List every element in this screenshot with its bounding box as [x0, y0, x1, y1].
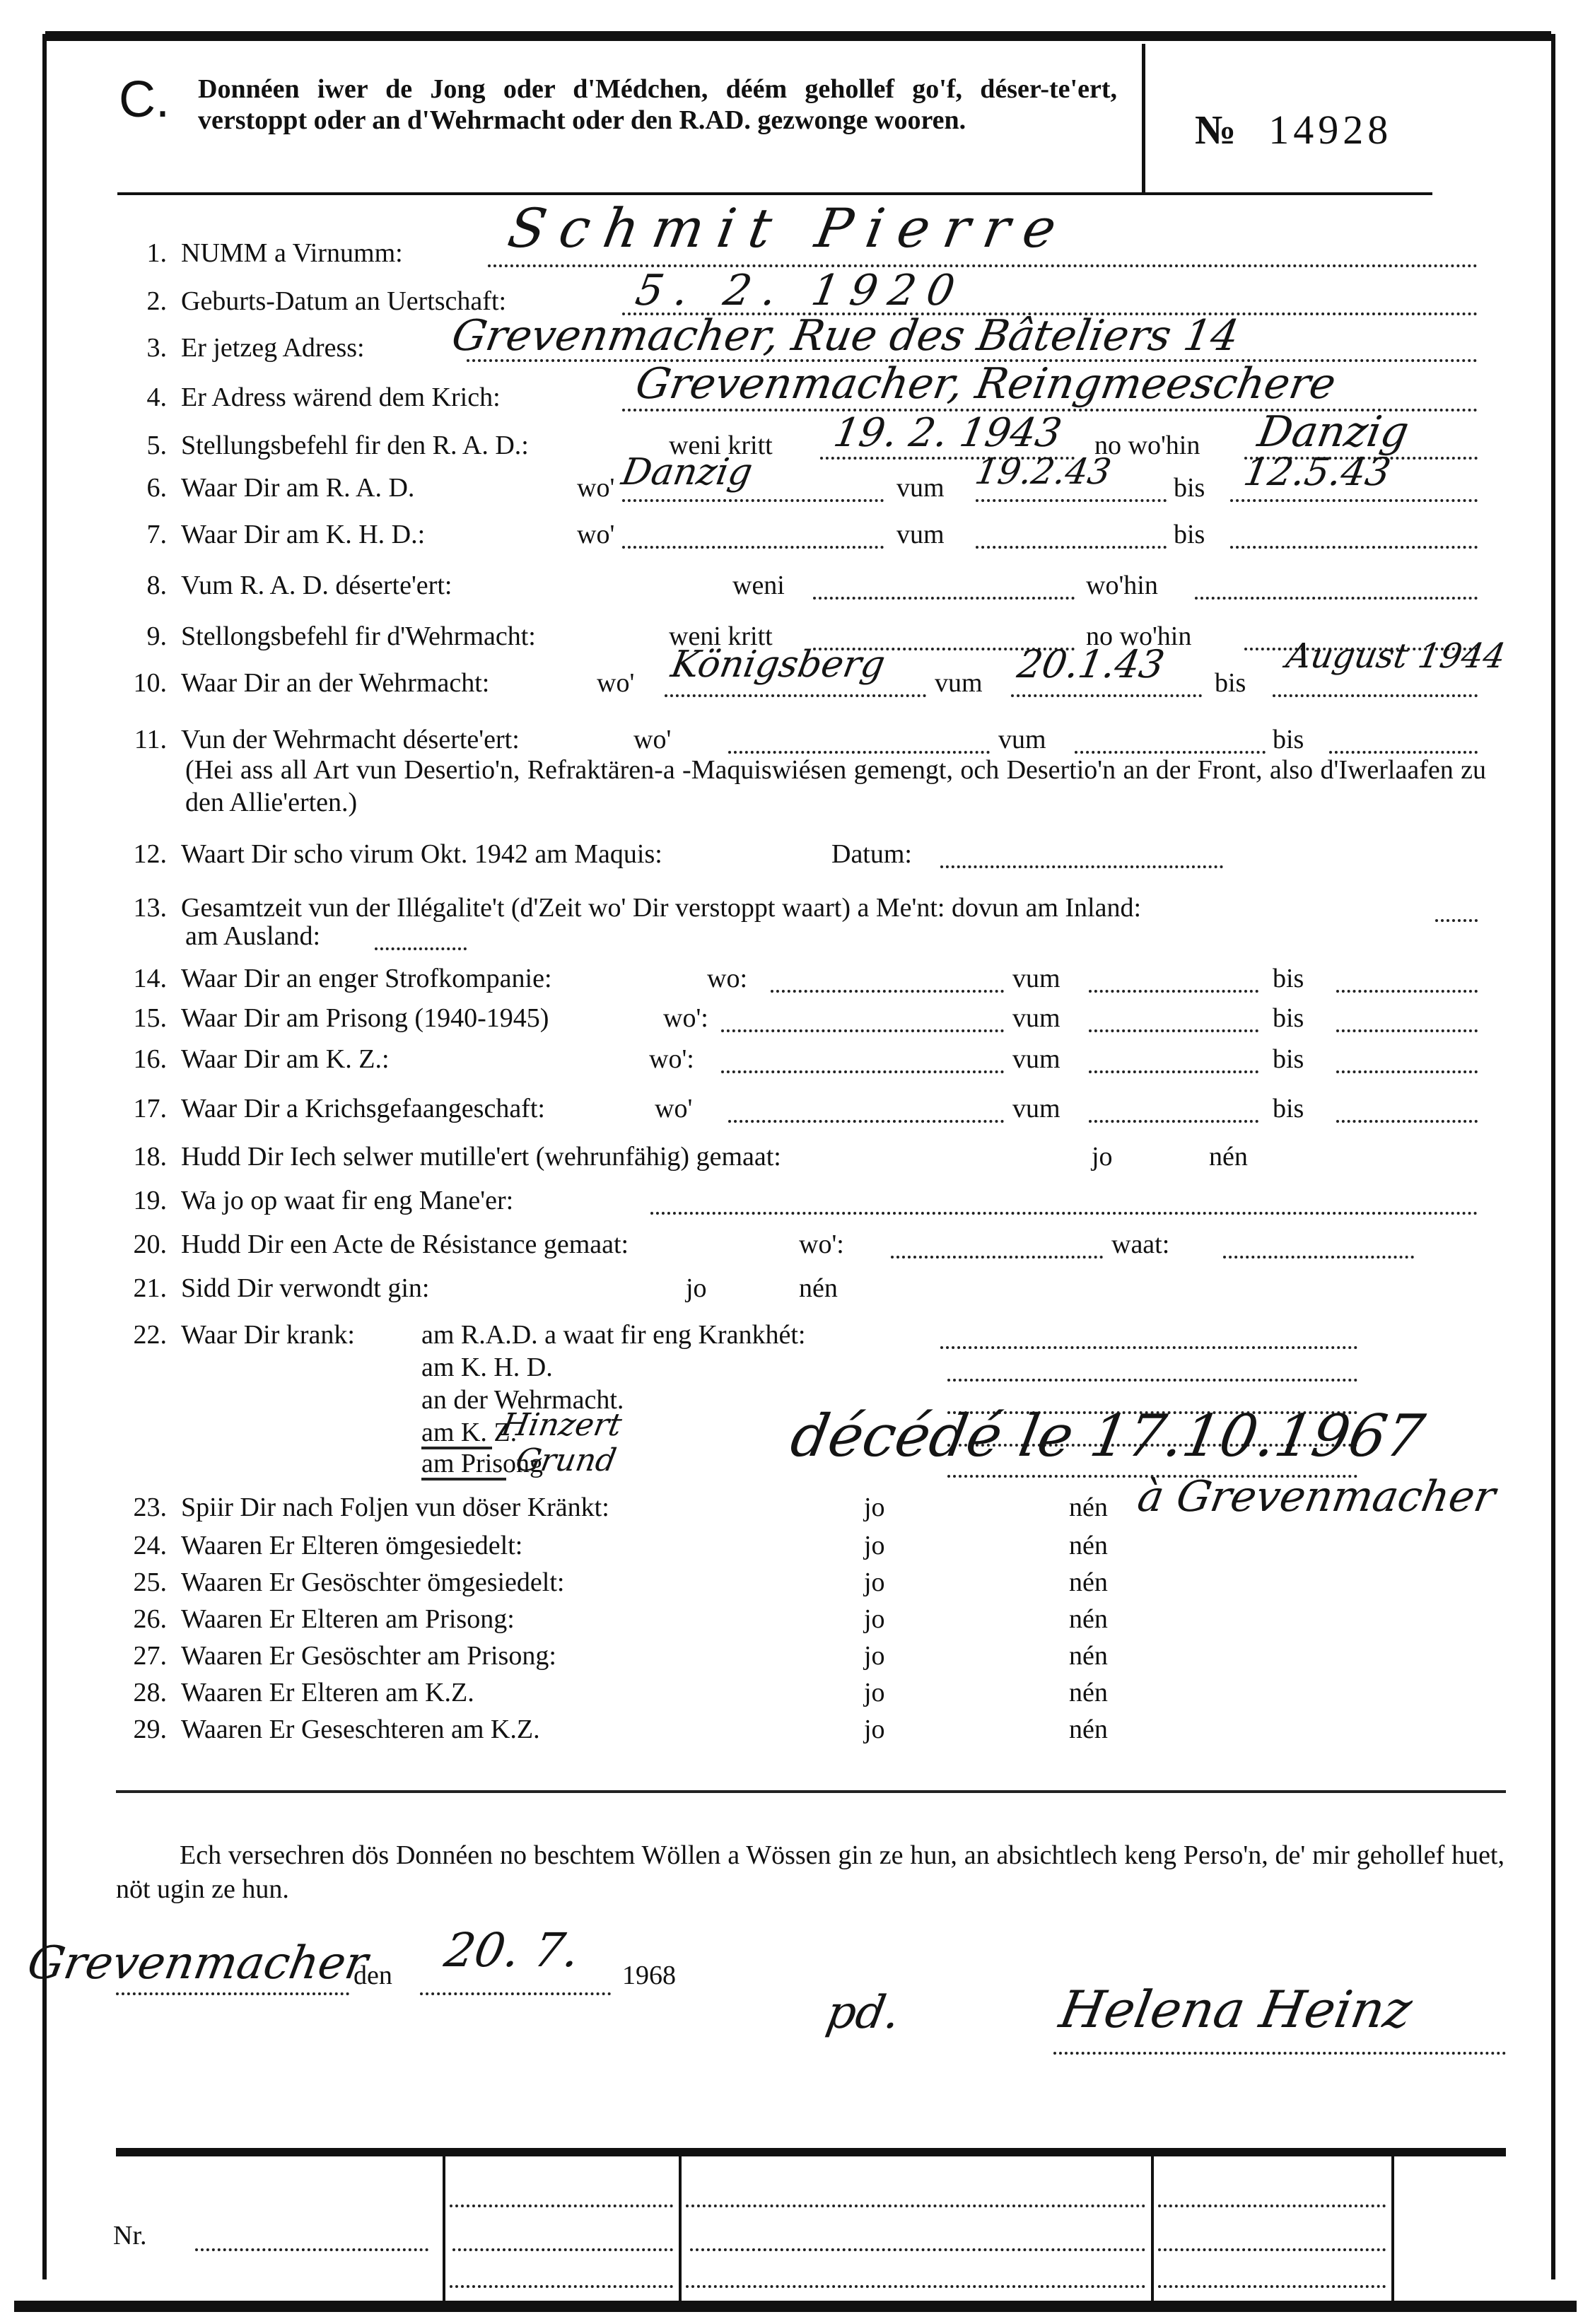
signature-field[interactable]: Helena Heinz — [1056, 1980, 1417, 2039]
no-option[interactable]: nén — [1069, 1714, 1108, 1745]
table-cell-line[interactable] — [690, 2248, 1145, 2251]
yes-option[interactable]: jo — [864, 1492, 885, 1523]
until-label: bis — [1273, 1093, 1304, 1124]
wehrmacht-from-field[interactable]: 20.1.43 — [1014, 642, 1167, 687]
illness-rad-label: am R.A.D. a waat fir eng Krankhét: — [421, 1319, 805, 1350]
abroad-field[interactable] — [375, 947, 467, 950]
signature-prefix: pd. — [822, 1987, 904, 2039]
kz-until-field[interactable] — [1336, 1070, 1478, 1073]
header-rule — [117, 192, 1432, 195]
place-note: à Grevenmacher — [1134, 1472, 1499, 1522]
form-number: №14928 — [1195, 106, 1392, 153]
name-field[interactable]: Schmit Pierre — [503, 197, 1075, 259]
rad-from-field[interactable]: 19.2.43 — [972, 451, 1114, 492]
prison-location-field[interactable]: Grund — [513, 1442, 619, 1478]
item-8: 8.Vum R. A. D. déserte'ert: — [113, 570, 452, 601]
field-line — [665, 694, 926, 697]
illness-khd-label: am K. H. D. — [421, 1352, 553, 1383]
section-rule — [116, 1790, 1506, 1793]
item-3: 3.Er jetzeg Adress: — [113, 332, 365, 363]
maquis-date-field[interactable] — [940, 865, 1223, 868]
table-cell-line[interactable] — [686, 2285, 1145, 2288]
item-21: 21.Sidd Dir verwondt gin: — [113, 1273, 429, 1304]
pow-until-field[interactable] — [1336, 1120, 1478, 1123]
yes-option[interactable]: jo — [864, 1567, 885, 1598]
where-label: wo: — [707, 963, 747, 994]
no-option[interactable]: nén — [1069, 1677, 1108, 1708]
field-line — [488, 264, 1478, 267]
kz-location-field[interactable]: Hinzert — [499, 1407, 625, 1443]
resistance-what-field[interactable] — [1223, 1256, 1414, 1259]
table-cell-line[interactable] — [686, 2205, 1145, 2207]
destination-label: wo'hin — [1086, 570, 1158, 601]
penal-where-field[interactable] — [771, 990, 1004, 993]
illness-rad-field[interactable] — [940, 1346, 1357, 1349]
from-label: vum — [935, 667, 983, 699]
from-label: vum — [1012, 1093, 1061, 1124]
inland-field[interactable] — [1435, 919, 1478, 922]
bottom-border — [14, 2301, 1577, 2312]
item-19: 19.Wa jo op waat fir eng Mane'er: — [113, 1185, 513, 1216]
item-12: 12.Waart Dir scho virum Okt. 1942 am Maq… — [113, 839, 662, 870]
field-line — [1011, 694, 1202, 697]
item-28: 28.Waaren Er Elteren am K.Z. — [113, 1677, 474, 1708]
no-option[interactable]: nén — [799, 1273, 838, 1304]
no-option[interactable]: nén — [1069, 1530, 1108, 1561]
field-line — [1230, 499, 1478, 502]
header-divider — [1142, 44, 1145, 194]
yes-option[interactable]: jo — [864, 1530, 885, 1561]
khd-until-field[interactable] — [1230, 546, 1478, 549]
kz-from-field[interactable] — [1089, 1070, 1258, 1073]
table-cell-line[interactable] — [1158, 2248, 1386, 2251]
yes-option[interactable]: jo — [864, 1714, 885, 1745]
item-5: 5.Stellungsbefehl fir den R. A. D.: — [113, 430, 529, 461]
item-6: 6.Waar Dir am R. A. D. — [113, 472, 414, 503]
item-20: 20.Hudd Dir een Acte de Résistance gemaa… — [113, 1229, 629, 1260]
item-29: 29.Waaren Er Geseschteren am K.Z. — [113, 1714, 540, 1745]
from-label: vum — [1012, 963, 1061, 994]
table-cell-line[interactable] — [450, 2205, 673, 2207]
item-25: 25.Waaren Er Gesöschter ömgesiedelt: — [113, 1567, 564, 1598]
birth-date-field[interactable]: 5. 2. 1920 — [632, 266, 970, 315]
item-7: 7.Waar Dir am K. H. D.: — [113, 519, 425, 550]
table-cell-line[interactable] — [452, 2248, 673, 2251]
document-page: C. Donnéen iwer de Jong oder d'Médchen, … — [0, 0, 1595, 2324]
from-label: vum — [1012, 1003, 1061, 1034]
item-11: 11.Vun der Wehrmacht déserte'ert: — [113, 724, 520, 755]
khd-from-field[interactable] — [976, 546, 1167, 549]
mutilation-manner-field[interactable] — [650, 1212, 1478, 1215]
yes-option[interactable]: jo — [864, 1640, 885, 1671]
item-18: 18.Hudd Dir Iech selwer mutille'ert (weh… — [113, 1141, 781, 1172]
where-label: wo' — [655, 1093, 692, 1124]
year-label: 1968 — [622, 1960, 676, 1991]
table-divider — [1151, 2155, 1154, 2303]
yes-option[interactable]: jo — [864, 1677, 885, 1708]
rad-until-field[interactable]: 12.5.43 — [1240, 450, 1394, 494]
table-divider — [443, 2155, 445, 2303]
yes-option[interactable]: jo — [1092, 1141, 1113, 1172]
illness-khd-field[interactable] — [947, 1379, 1357, 1382]
table-divider — [679, 2155, 682, 2303]
from-label: vum — [896, 472, 945, 503]
table-top-border — [116, 2148, 1506, 2156]
item-10: 10.Waar Dir an der Wehrmacht: — [113, 667, 489, 699]
penal-until-field[interactable] — [1336, 990, 1478, 993]
yes-option[interactable]: jo — [864, 1604, 885, 1635]
date-label: Datum: — [831, 839, 912, 870]
item-2: 2.Geburts-Datum an Uertschaft: — [113, 286, 506, 317]
declaration-text: Ech versechren dös Donnéen no beschtem W… — [116, 1838, 1505, 1906]
item-27: 27.Waaren Er Gesöschter am Prisong: — [113, 1640, 556, 1671]
no-option[interactable]: nén — [1209, 1141, 1248, 1172]
resistance-where-field[interactable] — [891, 1256, 1103, 1259]
form-number-value: 14928 — [1268, 107, 1392, 153]
no-option[interactable]: nén — [1069, 1640, 1108, 1671]
until-label: bis — [1174, 519, 1205, 550]
signature-date-field[interactable]: 20. 7. — [440, 1923, 583, 1978]
rad-where-field[interactable]: Danzig — [619, 451, 756, 494]
form-title: Donnéen iwer de Jong oder d'Médchen, déé… — [198, 74, 1117, 136]
item-26: 26.Waaren Er Elteren am Prisong: — [113, 1604, 515, 1635]
until-label: bis — [1273, 1003, 1304, 1034]
wehrmacht-until-field[interactable]: August 1944 — [1283, 636, 1508, 676]
where-label: wo' — [633, 724, 671, 755]
field-line — [116, 1992, 349, 1995]
wehrmacht-where-field[interactable]: Königsberg — [668, 643, 889, 686]
item-23: 23.Spiir Dir nach Foljen vun döser Kränk… — [113, 1492, 609, 1523]
where-label: wo' — [577, 472, 614, 503]
until-label: bis — [1273, 724, 1304, 755]
from-label: vum — [998, 724, 1046, 755]
pow-from-field[interactable] — [1089, 1120, 1258, 1123]
den-label: den — [354, 1960, 392, 1991]
rad-desert-when-field[interactable] — [813, 597, 1075, 600]
kz-where-field[interactable] — [721, 1070, 1004, 1073]
no-option[interactable]: nén — [1069, 1492, 1108, 1523]
where-label: wo': — [799, 1229, 844, 1260]
wartime-address-field[interactable]: Grevenmacher, Reingmeeschere — [632, 359, 1340, 409]
item-1: 1.NUMM a Virnumm: — [113, 238, 403, 269]
desertion-note: (Hei ass all Art vun Desertio'n, Refrakt… — [185, 754, 1486, 819]
where-label: wo': — [649, 1044, 694, 1075]
from-label: vum — [1012, 1044, 1061, 1075]
table-divider — [1391, 2155, 1394, 2303]
number-symbol: № — [1195, 107, 1240, 153]
what-label: waat: — [1111, 1229, 1169, 1260]
khd-where-field[interactable] — [622, 546, 884, 549]
nr-label: Nr. — [113, 2220, 147, 2251]
field-line — [1053, 2052, 1506, 2055]
item-4: 4.Er Adress wärend dem Krich: — [113, 382, 501, 413]
item-16: 16.Waar Dir am K. Z.: — [113, 1044, 390, 1075]
prison-from-field[interactable] — [1089, 1029, 1258, 1032]
yes-option[interactable]: jo — [686, 1273, 707, 1304]
penal-from-field[interactable] — [1089, 990, 1258, 993]
rad-order-date-field[interactable]: 19. 2. 1943 — [830, 410, 1065, 456]
until-label: bis — [1273, 1044, 1304, 1075]
item-15: 15.Waar Dir am Prisong (1940-1945) — [113, 1003, 549, 1034]
from-label: vum — [896, 519, 945, 550]
where-label: wo' — [597, 667, 634, 699]
abroad-label: am Ausland: — [185, 921, 320, 952]
field-line — [1273, 694, 1478, 697]
item-22: 22.Waar Dir krank: — [113, 1319, 355, 1350]
item-9: 9.Stellongsbefehl fir d'Wehrmacht: — [113, 621, 536, 652]
nr-field[interactable] — [195, 2248, 428, 2251]
item-17: 17.Waar Dir a Krichsgefaangeschaft: — [113, 1093, 545, 1124]
field-line — [420, 1992, 611, 1995]
place-signature-field[interactable]: Grevenmacher — [23, 1937, 371, 1990]
rad-desert-where-field[interactable] — [1195, 597, 1478, 600]
item-24: 24.Waaren Er Elteren ömgesiedelt: — [113, 1530, 522, 1561]
field-line — [976, 499, 1167, 502]
where-label: wo': — [663, 1003, 708, 1034]
until-label: bis — [1273, 963, 1304, 994]
no-option[interactable]: nén — [1069, 1567, 1108, 1598]
field-line — [622, 499, 884, 502]
underline-mark — [421, 1478, 506, 1481]
current-address-field[interactable]: Grevenmacher, Rue des Bâteliers 14 — [448, 311, 1243, 361]
section-letter: C. — [119, 71, 170, 129]
prison-until-field[interactable] — [1336, 1029, 1478, 1032]
prison-where-field[interactable] — [721, 1029, 1004, 1032]
table-cell-line[interactable] — [450, 2285, 673, 2288]
table-cell-line[interactable] — [1158, 2285, 1386, 2288]
pow-where-field[interactable] — [728, 1120, 1004, 1123]
until-label: bis — [1174, 472, 1205, 503]
death-note: décédé le 17.10.1967 — [786, 1403, 1430, 1470]
until-label: bis — [1215, 667, 1246, 699]
table-cell-line[interactable] — [1158, 2205, 1386, 2207]
when-label: weni — [732, 570, 785, 601]
where-label: wo' — [577, 519, 614, 550]
no-option[interactable]: nén — [1069, 1604, 1108, 1635]
item-13: 13.Gesamtzeit vun der Illégalite't (d'Ze… — [113, 892, 1141, 923]
item-14: 14.Waar Dir an enger Strofkompanie: — [113, 963, 552, 994]
